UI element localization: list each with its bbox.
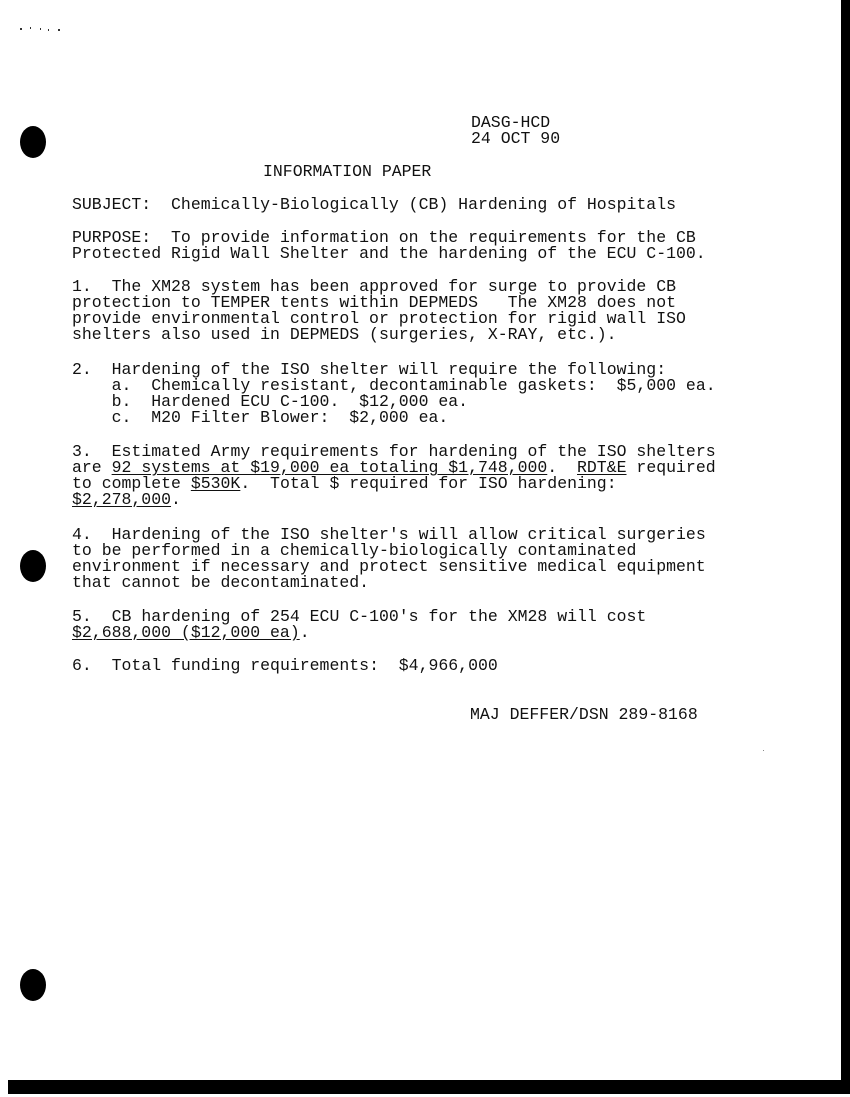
underlined-iso-total: $2,278,000 <box>72 490 171 509</box>
hole-punch-top <box>20 126 46 158</box>
underlined-rdte-cost: $530K <box>191 474 241 493</box>
scan-speck <box>40 28 41 30</box>
scan-speck <box>48 29 49 31</box>
underlined-ecu-cost: $2,688,000 ($12,000 ea) <box>72 623 300 642</box>
text-segment: . Total $ required for ISO hardening: <box>240 474 616 493</box>
paragraph-6: 6. Total funding requirements: $4,966,00… <box>72 658 498 674</box>
document-date: 24 OCT 90 <box>471 131 560 147</box>
document-title: INFORMATION PAPER <box>263 164 431 180</box>
subject-line: SUBJECT: Chemically-Biologically (CB) Ha… <box>72 197 676 213</box>
text-segment: required <box>627 458 716 477</box>
hole-punch-middle <box>20 550 46 582</box>
subject-text: Chemically-Biologically (CB) Hardening o… <box>171 195 676 214</box>
scan-speck <box>58 29 60 31</box>
paragraph-4-line-4: that cannot be decontaminated. <box>72 575 369 591</box>
item-text: M20 Filter Blower: $2,000 ea. <box>151 408 448 427</box>
paragraph-5-line-2: $2,688,000 ($12,000 ea). <box>72 625 310 641</box>
paragraph-1-line-4: shelters also used in DEPMEDS (surgeries… <box>72 327 617 343</box>
item-letter: c. <box>112 408 132 427</box>
scan-border-right <box>841 0 850 1093</box>
scan-speck <box>763 750 764 751</box>
paragraph-text: Total funding requirements: $4,966,000 <box>112 656 498 675</box>
text-segment: . <box>300 623 310 642</box>
scan-speck <box>30 27 31 29</box>
paragraph-3-line-4: $2,278,000. <box>72 492 181 508</box>
document-page: DASG-HCD 24 OCT 90 INFORMATION PAPER SUB… <box>0 0 850 1097</box>
purpose-line-2: Protected Rigid Wall Shelter and the har… <box>72 246 706 262</box>
point-of-contact: MAJ DEFFER/DSN 289-8168 <box>470 707 698 723</box>
subject-label: SUBJECT: <box>72 195 151 214</box>
hole-punch-bottom <box>20 969 46 1001</box>
paragraph-number: 6. <box>72 656 92 675</box>
scan-border-bottom <box>8 1080 850 1094</box>
scan-speck <box>20 28 22 30</box>
text-segment: . <box>171 490 181 509</box>
paragraph-2-item-c: c. M20 Filter Blower: $2,000 ea. <box>72 410 448 426</box>
